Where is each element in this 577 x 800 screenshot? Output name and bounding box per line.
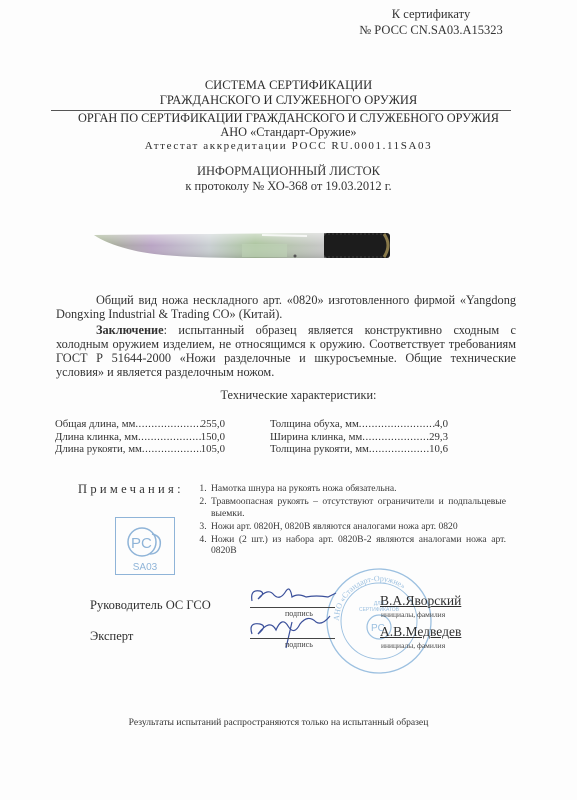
spec-row: Толщина рукояти, мм10,6 bbox=[270, 443, 448, 456]
conclusion-label: Заключение bbox=[96, 323, 164, 337]
head-signature-line bbox=[250, 607, 335, 608]
spec-row: Толщина обуха, мм4,0 bbox=[270, 418, 448, 431]
expert-signature-line bbox=[250, 638, 335, 639]
system-title-line2: ГРАЖДАНСКОГО И СЛУЖЕБНОГО ОРУЖИЯ bbox=[0, 93, 577, 108]
certificate-ref-line1: К сертификату bbox=[331, 6, 511, 22]
note-item: Намотка шнура на рукоять ножа обязательн… bbox=[209, 483, 506, 494]
notes-list: Намотка шнура на рукоять ножа обязательн… bbox=[196, 483, 506, 559]
svg-text:SA03: SA03 bbox=[133, 562, 158, 573]
signature-caption: подпись bbox=[285, 609, 313, 618]
knife-photo bbox=[92, 220, 392, 262]
spec-row: Длина рукояти, мм105,0 bbox=[55, 443, 225, 456]
org-header: ОРГАН ПО СЕРТИФИКАЦИИ ГРАЖДАНСКОГО И СЛУ… bbox=[0, 111, 577, 153]
rst-logo-icon: PC SA03 bbox=[116, 518, 174, 574]
round-seal-stamp: PC ДЛЯ СЕРТИФИКАТОВ АНО «Стандарт-Оружие… bbox=[325, 567, 433, 675]
spec-value: 150,0 bbox=[201, 431, 225, 444]
leader-dots bbox=[135, 418, 200, 431]
system-title-line1: СИСТЕМА СЕРТИФИКАЦИИ bbox=[0, 78, 577, 93]
spec-row: Длина клинка, мм150,0 bbox=[55, 431, 225, 444]
specs-left-column: Общая длина, мм255,0 Длина клинка, мм150… bbox=[55, 418, 225, 456]
accreditation: Аттестат аккредитации РОСС RU.0001.11SA0… bbox=[0, 139, 577, 153]
signature-caption: подпись bbox=[285, 640, 313, 649]
spec-value: 4,0 bbox=[435, 418, 449, 431]
spec-label: Длина клинка, мм bbox=[55, 431, 138, 444]
leader-dots bbox=[359, 418, 435, 431]
info-sheet-title: ИНФОРМАЦИОННЫЙ ЛИСТОК bbox=[0, 164, 577, 179]
specs-right-column: Толщина обуха, мм4,0 Ширина клинка, мм29… bbox=[270, 418, 448, 456]
spec-label: Общая длина, мм bbox=[55, 418, 135, 431]
note-item: Ножи арт. 0820Н, 0820В являются аналогам… bbox=[209, 521, 506, 532]
head-name: В.А.Яворский bbox=[380, 593, 461, 609]
certification-mark-stamp: PC SA03 bbox=[115, 517, 175, 575]
spec-row: Общая длина, мм255,0 bbox=[55, 418, 225, 431]
note-item: Ножи (2 шт.) из набора арт. 0820В-2 явля… bbox=[209, 534, 506, 557]
leader-dots bbox=[142, 443, 201, 456]
head-role: Руководитель ОС ГСО bbox=[90, 598, 211, 613]
specs-title: Технические характеристики: bbox=[0, 388, 577, 403]
spec-label: Ширина клинка, мм bbox=[270, 431, 362, 444]
spec-value: 29,3 bbox=[429, 431, 448, 444]
spec-value: 10,6 bbox=[429, 443, 448, 456]
spec-label: Длина рукояти, мм bbox=[55, 443, 142, 456]
leader-dots bbox=[362, 431, 429, 444]
name-caption: инициалы, фамилия bbox=[381, 641, 445, 650]
org-short-name: АНО «Стандарт-Оружие» bbox=[0, 125, 577, 139]
footer-note: Результаты испытаний распространяются то… bbox=[0, 717, 577, 728]
spec-value: 255,0 bbox=[201, 418, 225, 431]
certificate-reference: К сертификату № РОСС CN.SA03.A15323 bbox=[0, 6, 577, 38]
name-caption: инициалы, фамилия bbox=[381, 610, 445, 619]
protocol-reference: к протоколу № ХО-368 от 19.03.2012 г. bbox=[0, 179, 577, 194]
notes-title: Примечания: bbox=[78, 482, 184, 497]
note-item: Травмоопасная рукоять – отсутствуют огра… bbox=[209, 496, 506, 519]
spec-label: Толщина рукояти, мм bbox=[270, 443, 369, 456]
description-text: Общий вид ножа нескладного арт. «0820» и… bbox=[56, 293, 516, 321]
spec-label: Толщина обуха, мм bbox=[270, 418, 359, 431]
svg-text:PC: PC bbox=[131, 535, 152, 552]
system-header: СИСТЕМА СЕРТИФИКАЦИИ ГРАЖДАНСКОГО И СЛУЖ… bbox=[0, 78, 577, 108]
expert-role: Эксперт bbox=[90, 629, 133, 644]
certificate-ref-number: № РОСС CN.SA03.A15323 bbox=[351, 22, 511, 38]
head-signature bbox=[246, 583, 341, 609]
knife-description: Общий вид ножа нескладного арт. «0820» и… bbox=[56, 293, 516, 321]
org-name: ОРГАН ПО СЕРТИФИКАЦИИ ГРАЖДАНСКОГО И СЛУ… bbox=[0, 111, 577, 125]
leader-dots bbox=[138, 431, 201, 444]
expert-name: А.В.Медведев bbox=[380, 624, 461, 640]
info-sheet-heading: ИНФОРМАЦИОННЫЙ ЛИСТОК к протоколу № ХО-3… bbox=[0, 164, 577, 193]
leader-dots bbox=[369, 443, 429, 456]
conclusion: Заключение: испытанный образец является … bbox=[56, 323, 516, 379]
spec-row: Ширина клинка, мм29,3 bbox=[270, 431, 448, 444]
spec-value: 105,0 bbox=[201, 443, 225, 456]
